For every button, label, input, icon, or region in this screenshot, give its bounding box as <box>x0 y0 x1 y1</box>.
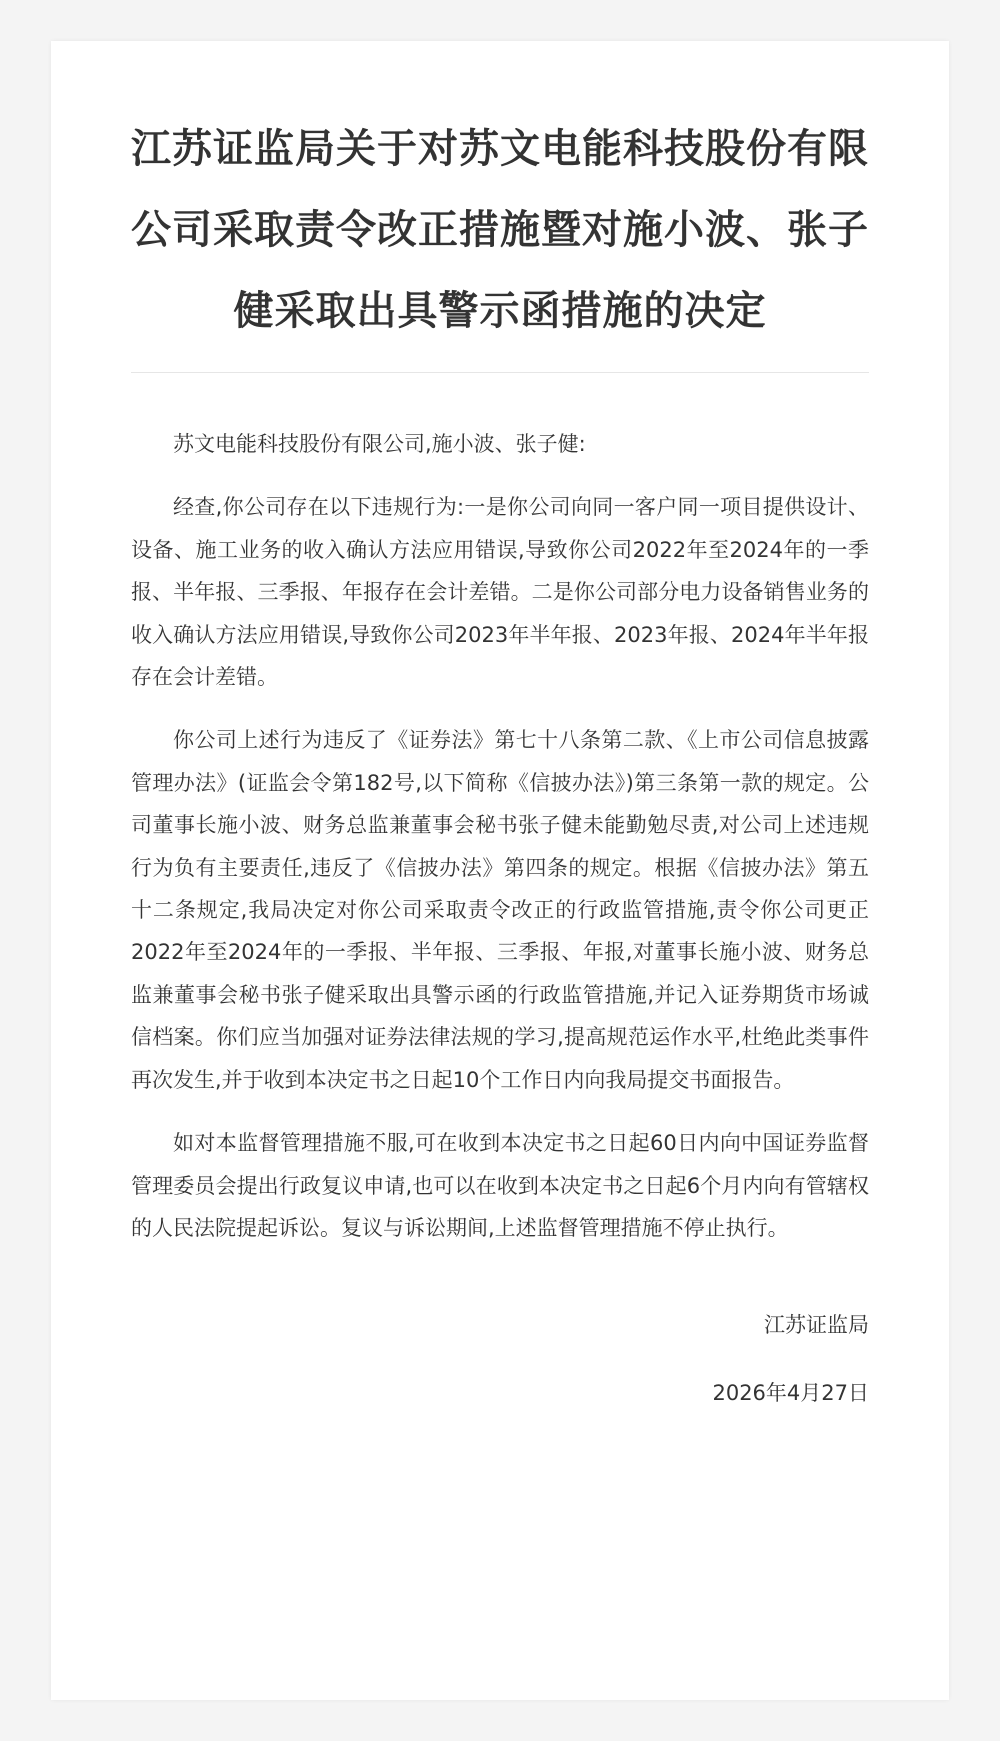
title-divider <box>131 372 869 373</box>
decision-paragraph: 你公司上述行为违反了《证券法》第七十八条第二款、《上市公司信息披露管理办法》(证… <box>131 719 869 1101</box>
signature-block: 江苏证监局 2026年4月27日 <box>131 1304 869 1414</box>
signature-organization: 江苏证监局 <box>131 1304 869 1346</box>
findings-paragraph: 经查,你公司存在以下违规行为:一是你公司向同一客户同一项目提供设计、设备、施工业… <box>131 486 869 698</box>
document-title: 江苏证监局关于对苏文电能科技股份有限公司采取责令改正措施暨对施小波、张子健采取出… <box>131 109 869 352</box>
addressee-paragraph: 苏文电能科技股份有限公司,施小波、张子健: <box>131 423 869 465</box>
appeal-paragraph: 如对本监督管理措施不服,可在收到本决定书之日起60日内向中国证券监督管理委员会提… <box>131 1122 869 1249</box>
document-body: 苏文电能科技股份有限公司,施小波、张子健: 经查,你公司存在以下违规行为:一是你… <box>131 423 869 1249</box>
document-card: 江苏证监局关于对苏文电能科技股份有限公司采取责令改正措施暨对施小波、张子健采取出… <box>51 41 949 1700</box>
signature-date: 2026年4月27日 <box>131 1372 869 1414</box>
